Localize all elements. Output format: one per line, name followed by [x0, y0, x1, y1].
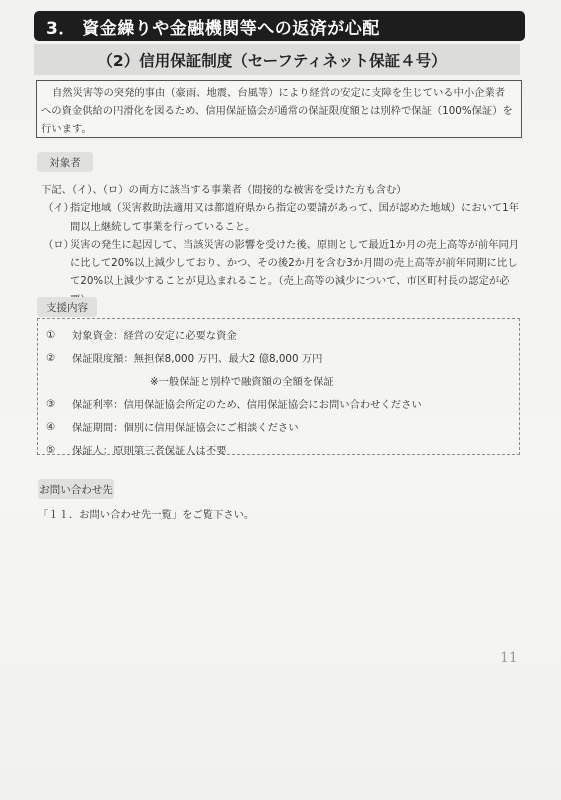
item-number: ④	[46, 421, 72, 433]
item-number: ⑤	[46, 444, 72, 456]
support-item: ③ 保証利率：信用保証協会所定のため、信用保証協会にお問い合わせください	[46, 392, 519, 415]
support-note: ※一般保証と別枠で融資額の全額を保証	[46, 369, 519, 392]
target-section: 下記、（イ）、（ロ）の両方に該当する事業者（間接的な被害を受けた方も含む） （イ…	[41, 181, 521, 309]
section-title: 3． 資金繰りや金融機関等への返済が心配	[46, 14, 380, 39]
item-text: 保証期間：個別に信用保証協会にご相談ください	[72, 419, 299, 434]
section-header: 3． 資金繰りや金融機関等への返済が心配	[34, 11, 525, 41]
support-item: ⑤ 保証人：原則第三者保証人は不要	[46, 438, 519, 461]
page-number: 11	[500, 650, 518, 666]
subsection-title: （2）信用保証制度（セーフティネット保証４号）	[97, 49, 446, 71]
item-text: 災害の発生に起因して、当該災害の影響を受けた後、原則として最近1か月の売上高等が…	[70, 236, 521, 309]
intro-box: 自然災害等の突発的事由（豪雨、地震、台風等）により経営の安定に支障を生じている中…	[36, 80, 522, 138]
support-item: ② 保証限度額：無担保8,000 万円、最大2 億8,000 万円	[46, 346, 519, 369]
target-item-ro: （ロ） 災害の発生に起因して、当該災害の影響を受けた後、原則として最近1か月の売…	[41, 236, 521, 309]
contact-label: お問い合わせ先	[38, 479, 114, 499]
subsection-header: （2）信用保証制度（セーフティネット保証４号）	[34, 44, 520, 75]
support-item: ① 対象資金：経営の安定に必要な資金	[46, 323, 519, 346]
support-label: 支援内容	[37, 297, 97, 317]
item-text: 保証人：原則第三者保証人は不要	[72, 442, 226, 457]
support-box: ① 対象資金：経営の安定に必要な資金 ② 保証限度額：無担保8,000 万円、最…	[37, 318, 520, 455]
item-number: ②	[46, 352, 72, 364]
item-mark: （イ）	[41, 199, 70, 236]
document-page: 3． 資金繰りや金融機関等への返済が心配 （2）信用保証制度（セーフティネット保…	[0, 0, 561, 800]
target-lead: 下記、（イ）、（ロ）の両方に該当する事業者（間接的な被害を受けた方も含む）	[41, 181, 521, 199]
support-item: ④ 保証期間：個別に信用保証協会にご相談ください	[46, 415, 519, 438]
item-text: 対象資金：経営の安定に必要な資金	[72, 327, 237, 342]
item-text: 保証限度額：無担保8,000 万円、最大2 億8,000 万円	[72, 350, 322, 365]
item-text: 指定地域（災害救助法適用又は都道府県から指定の要請があって、国が認めた地域）にお…	[70, 199, 521, 236]
target-item-i: （イ） 指定地域（災害救助法適用又は都道府県から指定の要請があって、国が認めた地…	[41, 199, 521, 236]
item-text: 保証利率：信用保証協会所定のため、信用保証協会にお問い合わせください	[72, 396, 422, 411]
item-number: ③	[46, 398, 72, 410]
intro-text: 自然災害等の突発的事由（豪雨、地震、台風等）により経営の安定に支障を生じている中…	[41, 84, 515, 138]
target-label: 対象者	[37, 152, 93, 172]
contact-text: 「１１．お問い合わせ先一覧」をご覧下さい。	[38, 506, 254, 521]
item-number: ①	[46, 329, 72, 341]
